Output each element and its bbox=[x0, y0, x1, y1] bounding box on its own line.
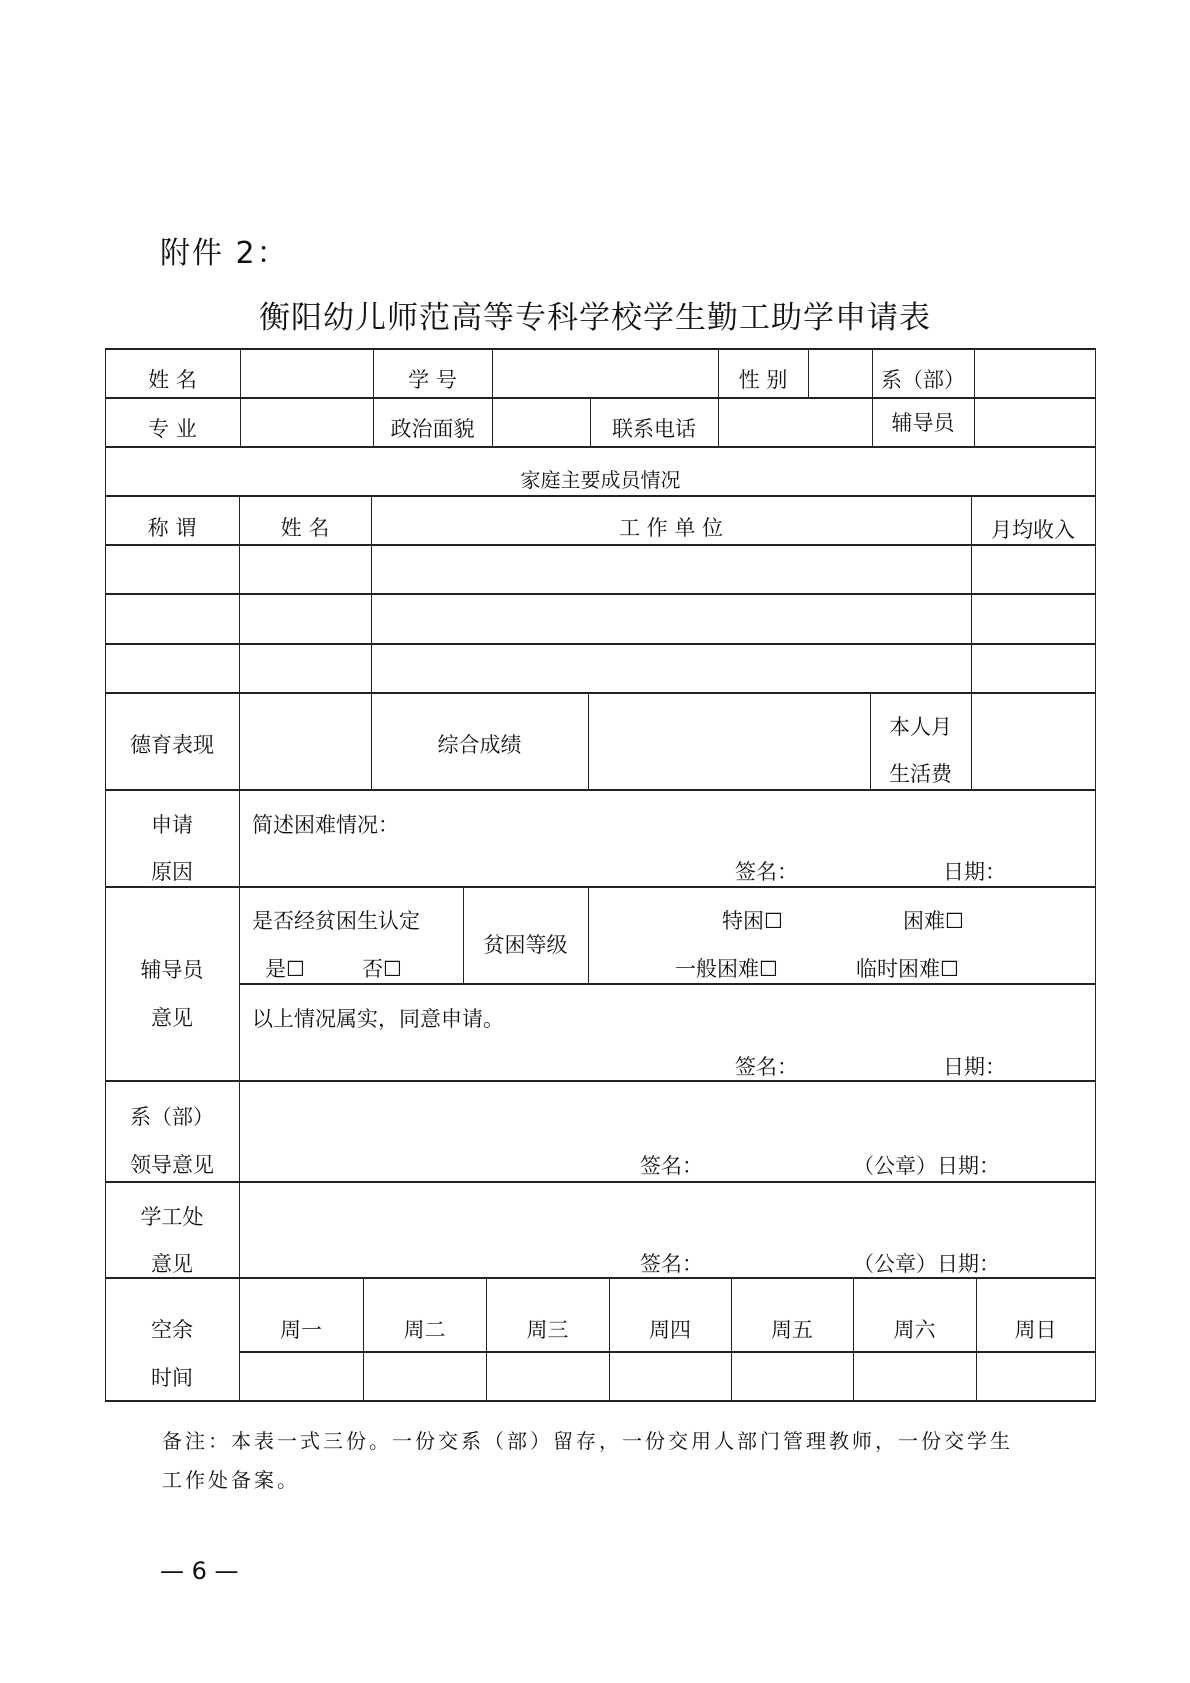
counselor-field[interactable] bbox=[976, 399, 1094, 445]
overall-grade-field[interactable] bbox=[590, 694, 868, 788]
office-opinion-label-line2: 意见 bbox=[105, 1254, 239, 1275]
family-income-field[interactable] bbox=[973, 595, 1093, 642]
col-divider bbox=[974, 348, 975, 446]
footnote-line2: 工作处备案。 bbox=[162, 1464, 300, 1493]
political-status-label: 政治面貌 bbox=[373, 419, 492, 440]
name-field[interactable] bbox=[241, 350, 371, 396]
phone-field[interactable] bbox=[720, 399, 870, 445]
dept-opinion-label-line2: 领导意见 bbox=[105, 1155, 239, 1176]
counselor-statement: 以上情况属实，同意申请。 bbox=[252, 1009, 504, 1030]
form-title: 衡阳幼儿师范高等专科学校学生勤工助学申请表 bbox=[0, 292, 1190, 337]
family-employer-field[interactable] bbox=[373, 595, 969, 642]
page-number: — 6 — bbox=[160, 1557, 239, 1585]
department-field[interactable] bbox=[976, 350, 1094, 396]
level-extreme-checkbox[interactable]: 特困☐ bbox=[722, 911, 783, 932]
col-divider bbox=[239, 495, 240, 1400]
office-sign-label: 签名： bbox=[640, 1254, 703, 1275]
family-name-field[interactable] bbox=[241, 595, 369, 642]
col-divider bbox=[492, 348, 493, 446]
gender-label: 性 别 bbox=[718, 370, 808, 391]
day-wednesday: 周三 bbox=[486, 1320, 609, 1341]
day-monday: 周一 bbox=[239, 1320, 363, 1341]
family-relation-field[interactable] bbox=[107, 645, 237, 691]
day-sunday: 周日 bbox=[976, 1320, 1095, 1341]
name-label: 姓 名 bbox=[105, 370, 240, 391]
department-label: 系（部） bbox=[872, 370, 974, 391]
counselor-sign-label: 签名： bbox=[735, 1057, 798, 1078]
saturday-free-field[interactable] bbox=[855, 1353, 974, 1399]
level-general-checkbox[interactable]: 一般困难☐ bbox=[675, 959, 778, 980]
phone-label: 联系电话 bbox=[590, 419, 718, 440]
family-relation-field[interactable] bbox=[107, 546, 237, 592]
day-saturday: 周六 bbox=[853, 1320, 976, 1341]
family-relation-field[interactable] bbox=[107, 595, 237, 642]
family-header-employer: 工 作 单 位 bbox=[371, 518, 971, 539]
reason-label-line2: 原因 bbox=[105, 862, 239, 883]
thursday-free-field[interactable] bbox=[611, 1353, 729, 1399]
row-divider bbox=[105, 1277, 1096, 1279]
friday-free-field[interactable] bbox=[733, 1353, 851, 1399]
family-income-field[interactable] bbox=[973, 645, 1093, 691]
col-divider bbox=[588, 692, 589, 789]
row-divider bbox=[105, 1400, 1096, 1402]
moral-performance-label: 德育表现 bbox=[105, 735, 239, 756]
family-header-name: 姓 名 bbox=[239, 518, 371, 539]
family-header-relation: 称 谓 bbox=[105, 518, 239, 539]
row-divider bbox=[105, 789, 1096, 791]
moral-performance-field[interactable] bbox=[241, 694, 369, 788]
row-divider bbox=[239, 983, 1096, 985]
poverty-certified-question: 是否经贫困生认定 bbox=[252, 911, 420, 932]
dept-opinion-label-line1: 系（部） bbox=[105, 1107, 239, 1128]
monday-free-field[interactable] bbox=[241, 1353, 361, 1399]
row-divider bbox=[105, 495, 1096, 497]
row-divider bbox=[105, 1181, 1096, 1183]
row-divider bbox=[105, 886, 1096, 888]
counselor-label: 辅导员 bbox=[872, 413, 974, 434]
counselor-opinion-label-line2: 意见 bbox=[105, 1008, 239, 1029]
reason-date-label: 日期： bbox=[943, 862, 1006, 883]
row-divider bbox=[105, 446, 1096, 448]
attachment-label: 附件 2： bbox=[160, 228, 289, 272]
tuesday-free-field[interactable] bbox=[365, 1353, 484, 1399]
day-friday: 周五 bbox=[731, 1320, 853, 1341]
row-divider bbox=[105, 1080, 1096, 1082]
student-id-field[interactable] bbox=[494, 350, 716, 396]
living-cost-label-line2: 生活费 bbox=[870, 764, 971, 785]
col-divider bbox=[718, 348, 719, 446]
day-tuesday: 周二 bbox=[363, 1320, 486, 1341]
major-field[interactable] bbox=[241, 399, 371, 445]
living-cost-field[interactable] bbox=[973, 694, 1093, 788]
family-employer-field[interactable] bbox=[373, 645, 969, 691]
footnote-line1: 备注：本表一式三份。一份交系（部）留存，一份交用人部门管理教师，一份交学生 bbox=[162, 1425, 1013, 1454]
major-label: 专 业 bbox=[105, 419, 240, 440]
free-time-label-line1: 空余 bbox=[105, 1320, 239, 1341]
reason-prompt: 简述困难情况： bbox=[252, 815, 399, 836]
political-status-field[interactable] bbox=[494, 399, 588, 445]
col-divider bbox=[588, 886, 589, 983]
day-thursday: 周四 bbox=[609, 1320, 731, 1341]
family-name-field[interactable] bbox=[241, 645, 369, 691]
col-divider bbox=[1095, 348, 1096, 1400]
dept-seal-date-label: （公章）日期： bbox=[853, 1156, 1000, 1177]
gender-field[interactable] bbox=[810, 350, 870, 396]
overall-grade-label: 综合成绩 bbox=[371, 735, 588, 756]
wednesday-free-field[interactable] bbox=[488, 1353, 607, 1399]
family-header-income: 月均收入 bbox=[971, 520, 1095, 541]
office-opinion-label-line1: 学工处 bbox=[105, 1207, 239, 1228]
certified-yes-checkbox[interactable]: 是☐ bbox=[265, 959, 305, 980]
living-cost-label-line1: 本人月 bbox=[870, 717, 971, 738]
counselor-date-label: 日期： bbox=[943, 1057, 1006, 1078]
family-section-title: 家庭主要成员情况 bbox=[105, 470, 1096, 490]
counselor-opinion-label-line1: 辅导员 bbox=[105, 960, 239, 981]
family-income-field[interactable] bbox=[973, 546, 1093, 592]
certified-no-checkbox[interactable]: 否☐ bbox=[362, 959, 402, 980]
student-id-label: 学 号 bbox=[373, 370, 492, 391]
reason-label-line1: 申请 bbox=[105, 815, 239, 836]
free-time-label-line2: 时间 bbox=[105, 1368, 239, 1389]
family-employer-field[interactable] bbox=[373, 546, 969, 592]
dept-sign-label: 签名： bbox=[640, 1156, 703, 1177]
sunday-free-field[interactable] bbox=[978, 1353, 1093, 1399]
reason-sign-label: 签名： bbox=[735, 862, 798, 883]
family-name-field[interactable] bbox=[241, 546, 369, 592]
level-temporary-checkbox[interactable]: 临时困难☐ bbox=[856, 959, 959, 980]
level-difficult-checkbox[interactable]: 困难☐ bbox=[903, 911, 964, 932]
col-divider bbox=[808, 348, 809, 397]
poverty-level-label: 贫困等级 bbox=[463, 935, 588, 956]
office-seal-date-label: （公章）日期： bbox=[853, 1254, 1000, 1275]
